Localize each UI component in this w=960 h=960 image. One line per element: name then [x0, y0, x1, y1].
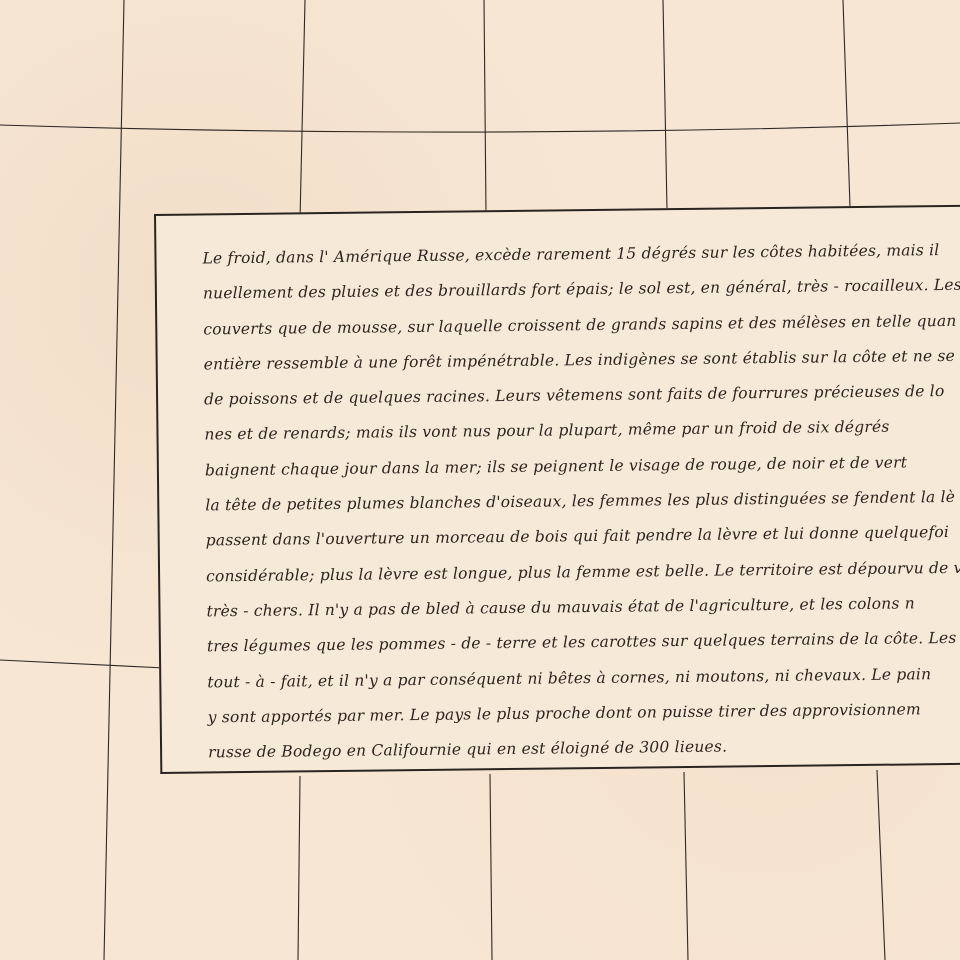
cartouche-text: Le froid, dans l' Amérique Russe, excède… — [202, 232, 960, 771]
parallel-line-upper — [0, 123, 960, 132]
meridian-line — [684, 772, 688, 960]
meridian-line — [484, 0, 486, 214]
meridian-line — [843, 0, 850, 207]
meridian-line — [104, 0, 124, 960]
meridian-line — [877, 770, 885, 960]
text-cartouche: Le froid, dans l' Amérique Russe, excède… — [154, 205, 960, 774]
meridian-line — [663, 0, 667, 210]
parallel-line-lower — [0, 660, 165, 668]
meridian-line — [298, 776, 300, 960]
meridian-line — [490, 774, 492, 960]
meridian-line — [300, 0, 305, 220]
